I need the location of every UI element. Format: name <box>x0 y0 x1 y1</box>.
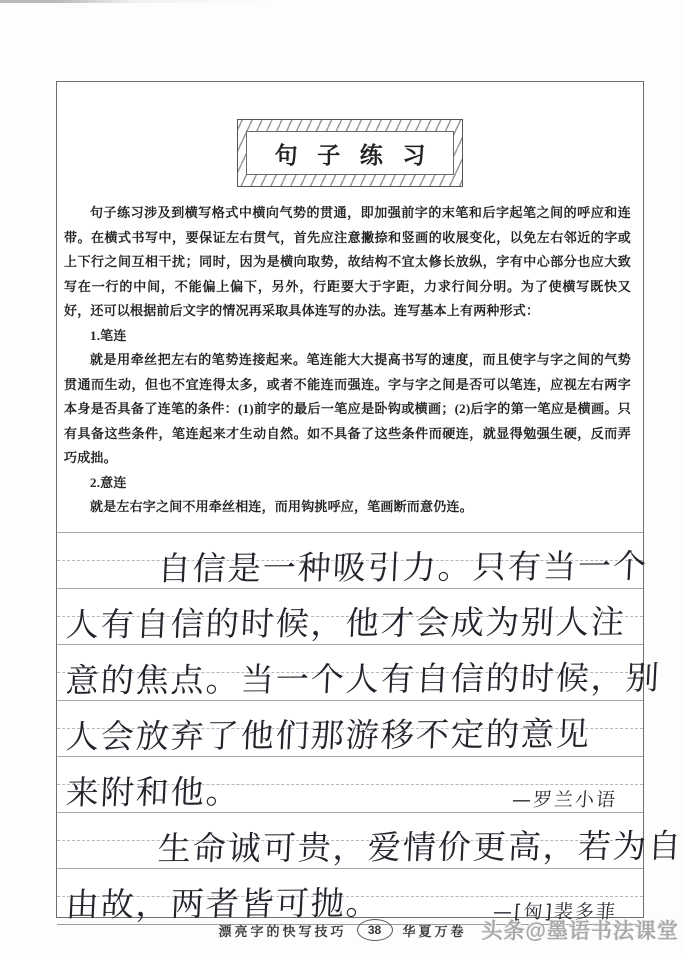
instruction-text-block: 句子练习涉及到横写格式中横向气势的贯通，即加强前字的末笔和后字起笔之间的呼应和连… <box>57 201 643 520</box>
publisher-name: 华夏万卷 <box>403 921 467 940</box>
handwriting-text: 意的焦点。当一个人有自信的时候，别 <box>65 660 662 696</box>
handwriting-text: 人有自信的时候，他才会成为别人注 <box>65 605 627 641</box>
attribution-text: —罗兰小语 <box>511 791 617 810</box>
page-border: 句子练习 句子练习涉及到横写格式中横向气势的贯通，即加强前字的末笔和后字起笔之间… <box>56 81 644 918</box>
handwriting-row: 人有自信的时候，他才会成为别人注 <box>57 588 643 644</box>
intro-paragraph: 句子练习涉及到横写格式中横向气势的贯通，即加强前字的末笔和后字起笔之间的呼应和连… <box>64 201 631 324</box>
scan-edge-artifact <box>0 0 685 3</box>
book-title: 漂亮字的快写技巧 <box>218 921 346 940</box>
handwriting-row: 自信是一种吸引力。只有当一个 <box>57 532 643 588</box>
section-heading-pen-link: 1.笔连 <box>64 324 631 349</box>
handwriting-text: 自信是一种吸引力。只有当一个 <box>157 549 649 585</box>
handwriting-row: 意的焦点。当一个人有自信的时候，别 <box>57 644 643 700</box>
intro-paragraph: 就是左右字之间不用牵丝相连，而用钩挑呼应，笔画断而意仍连。 <box>64 495 631 520</box>
handwriting-row: 生命诚可贵，爱情价更高，若为自 <box>57 812 643 868</box>
section-heading-idea-link: 2.意连 <box>64 471 631 496</box>
handwriting-text: 人会放弃了他们那游移不定的意见 <box>65 717 592 753</box>
title-box-inner: 句子练习 <box>246 131 454 175</box>
intro-paragraph: 就是用牵丝把左右的笔势连接起来。笔连能大大提高书写的速度，而且使字与字之间的气势… <box>64 348 631 471</box>
handwriting-text: 生命诚可贵，爱情价更高，若为自 <box>157 829 684 865</box>
handwriting-row: 来附和他。 —罗兰小语 <box>57 756 643 812</box>
title-box: 句子练习 <box>237 119 463 187</box>
page-title: 句子练习 <box>255 137 445 170</box>
handwriting-text: 来附和他。 <box>65 775 242 809</box>
handwriting-row: 人会放弃了他们那游移不定的意见 <box>57 700 643 756</box>
writing-grid: 自信是一种吸引力。只有当一个 人有自信的时候，他才会成为别人注 意的焦点。当一个… <box>57 532 643 925</box>
handwriting-text: 由故，两者皆可抛。 <box>65 886 382 921</box>
page-number-badge: 38 <box>357 919 393 941</box>
watermark-text: 头条@墨语书法课堂 <box>482 915 679 945</box>
